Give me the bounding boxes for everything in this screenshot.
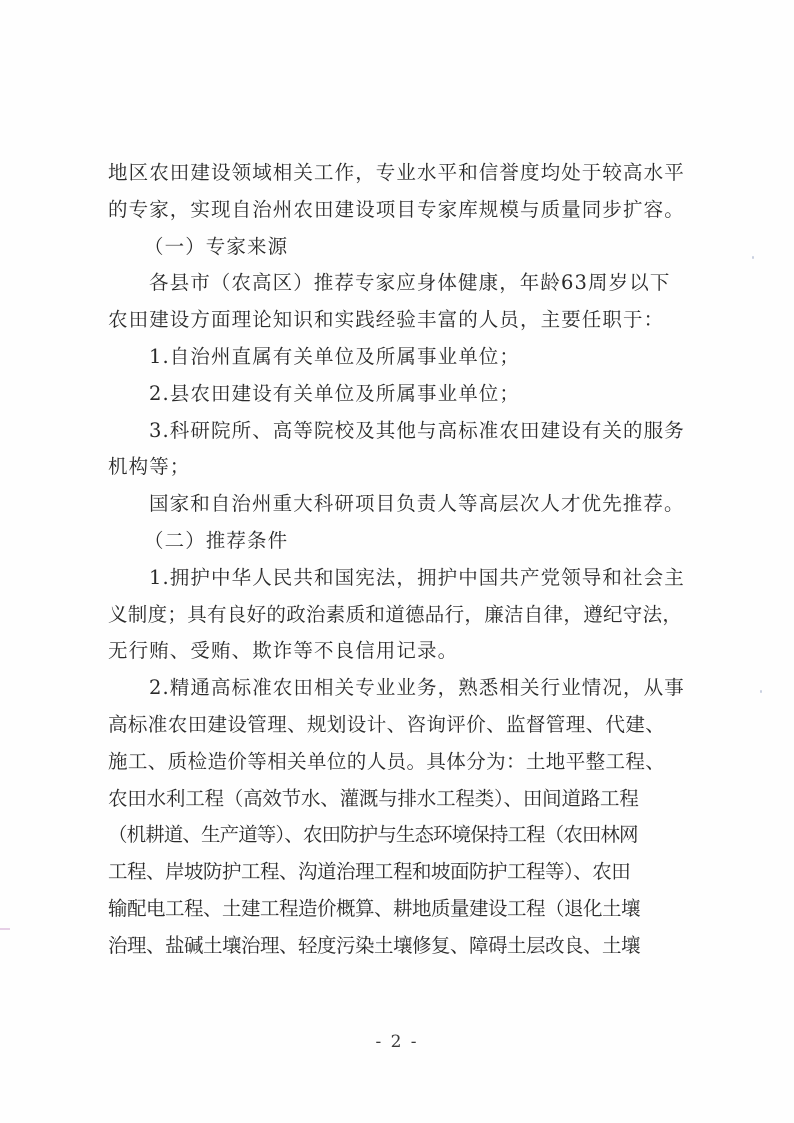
text-line: 地区农田建设领域相关工作，专业水平和信誉度均处于较高水平 — [108, 155, 692, 192]
document-body: 地区农田建设领域相关工作，专业水平和信誉度均处于较高水平 的专家，实现自治州农田… — [108, 155, 692, 965]
text-line: （机耕道、生产道等）、农田防护与生态环境保持工程（农田林网 — [108, 817, 692, 854]
list-item: 3.科研院所、高等院校及其他与高标准农田建设有关的服务 — [108, 413, 692, 450]
text-line: 治理、盐碱土壤治理、轻度污染土壤修复、障碍土层改良、土壤 — [108, 928, 692, 965]
list-item: 2.精通高标准农田相关专业业务，熟悉相关行业情况，从事 — [108, 670, 692, 707]
section-heading-recommend-conditions: （二）推荐条件 — [108, 523, 692, 560]
list-item: 2.县农田建设有关单位及所属事业单位； — [108, 376, 692, 413]
text-line: 的专家，实现自治州农田建设项目专家库规模与质量同步扩容。 — [108, 192, 692, 229]
list-item: 1.自治州直属有关单位及所属事业单位； — [108, 339, 692, 376]
text-line: 国家和自治州重大科研项目负责人等高层次人才优先推荐。 — [108, 486, 692, 523]
scan-edge-mark — [0, 928, 10, 930]
section-heading-expert-source: （一）专家来源 — [108, 229, 692, 266]
page-number: - 2 - — [0, 1032, 794, 1052]
scan-speck — [760, 690, 762, 693]
text-line: 农田水利工程（高效节水、灌溉与排水工程类）、田间道路工程 — [108, 781, 692, 818]
text-line: 高标准农田建设管理、规划设计、咨询评价、监督管理、代建、 — [108, 707, 692, 744]
text-line: 义制度；具有良好的政治素质和道德品行，廉洁自律，遵纪守法， — [108, 597, 692, 634]
text-line: 各县市（农高区）推荐专家应身体健康，年龄63周岁以下 — [108, 265, 692, 302]
text-line: 机构等； — [108, 449, 692, 486]
text-line: 工程、岸坡防护工程、沟道治理工程和坡面防护工程等）、农田 — [108, 854, 692, 891]
scan-speck — [752, 256, 754, 259]
text-line: 输配电工程、土建工程造价概算、耕地质量建设工程（退化土壤 — [108, 891, 692, 928]
text-line: 无行贿、受贿、欺诈等不良信用记录。 — [108, 633, 692, 670]
text-line: 农田建设方面理论知识和实践经验丰富的人员，主要任职于： — [108, 302, 692, 339]
document-page: 地区农田建设领域相关工作，专业水平和信誉度均处于较高水平 的专家，实现自治州农田… — [0, 0, 794, 1123]
text-line: 施工、质检造价等相关单位的人员。具体分为：土地平整工程、 — [108, 744, 692, 781]
list-item: 1.拥护中华人民共和国宪法，拥护中国共产党领导和社会主 — [108, 560, 692, 597]
